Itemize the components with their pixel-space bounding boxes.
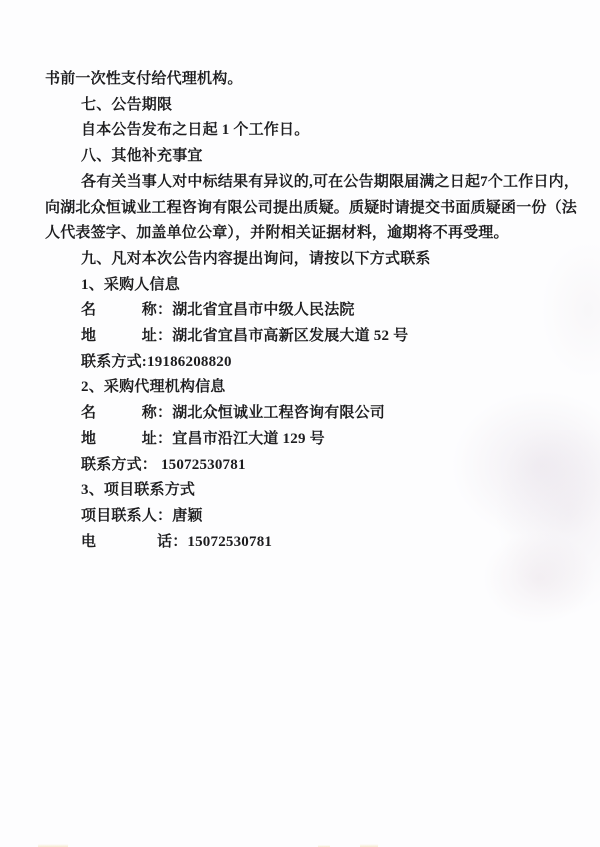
document-line: 3、项目联系方式 (45, 478, 564, 504)
document-line: 电 话：15072530781 (45, 530, 564, 556)
document-line: 七、公告期限 (45, 93, 564, 119)
document-line: 名 称：湖北省宜昌市中级人民法院 (45, 298, 564, 324)
scanned-document-page: 书前一次性支付给代理机构。七、公告期限自本公告发布之日起 1 个工作日。八、其他… (0, 0, 600, 847)
document-line: 联系方式:19186208820 (45, 350, 564, 376)
document-line: 九、凡对本次公告内容提出询问，请按以下方式联系 (45, 247, 564, 273)
document-lines: 书前一次性支付给代理机构。七、公告期限自本公告发布之日起 1 个工作日。八、其他… (45, 67, 564, 555)
document-line: 名 称：湖北众恒诚业工程咨询有限公司 (45, 401, 564, 427)
document-line: 自本公告发布之日起 1 个工作日。 (45, 118, 564, 144)
document-line: 2、采购代理机构信息 (45, 375, 564, 401)
document-line: 项目联系人：唐颖 (45, 504, 564, 530)
document-line: 地 址：宜昌市沿江大道 129 号 (45, 427, 564, 453)
document-line: 书前一次性支付给代理机构。 (45, 67, 564, 93)
document-line: 地 址：湖北省宜昌市高新区发展大道 52 号 (45, 324, 564, 350)
document-line: 人代表签字、加盖单位公章），并附相关证据材料，逾期将不再受理。 (45, 221, 564, 247)
document-line: 向湖北众恒诚业工程咨询有限公司提出质疑。质疑时请提交书面质疑函一份（法 (45, 196, 564, 222)
document-line: 八、其他补充事宜 (45, 144, 564, 170)
document-line: 联系方式： 15072530781 (45, 453, 564, 479)
document-line: 各有关当事人对中标结果有异议的,可在公告期限届满之日起7个工作日内， (45, 170, 564, 196)
document-line: 1、采购人信息 (45, 273, 564, 299)
